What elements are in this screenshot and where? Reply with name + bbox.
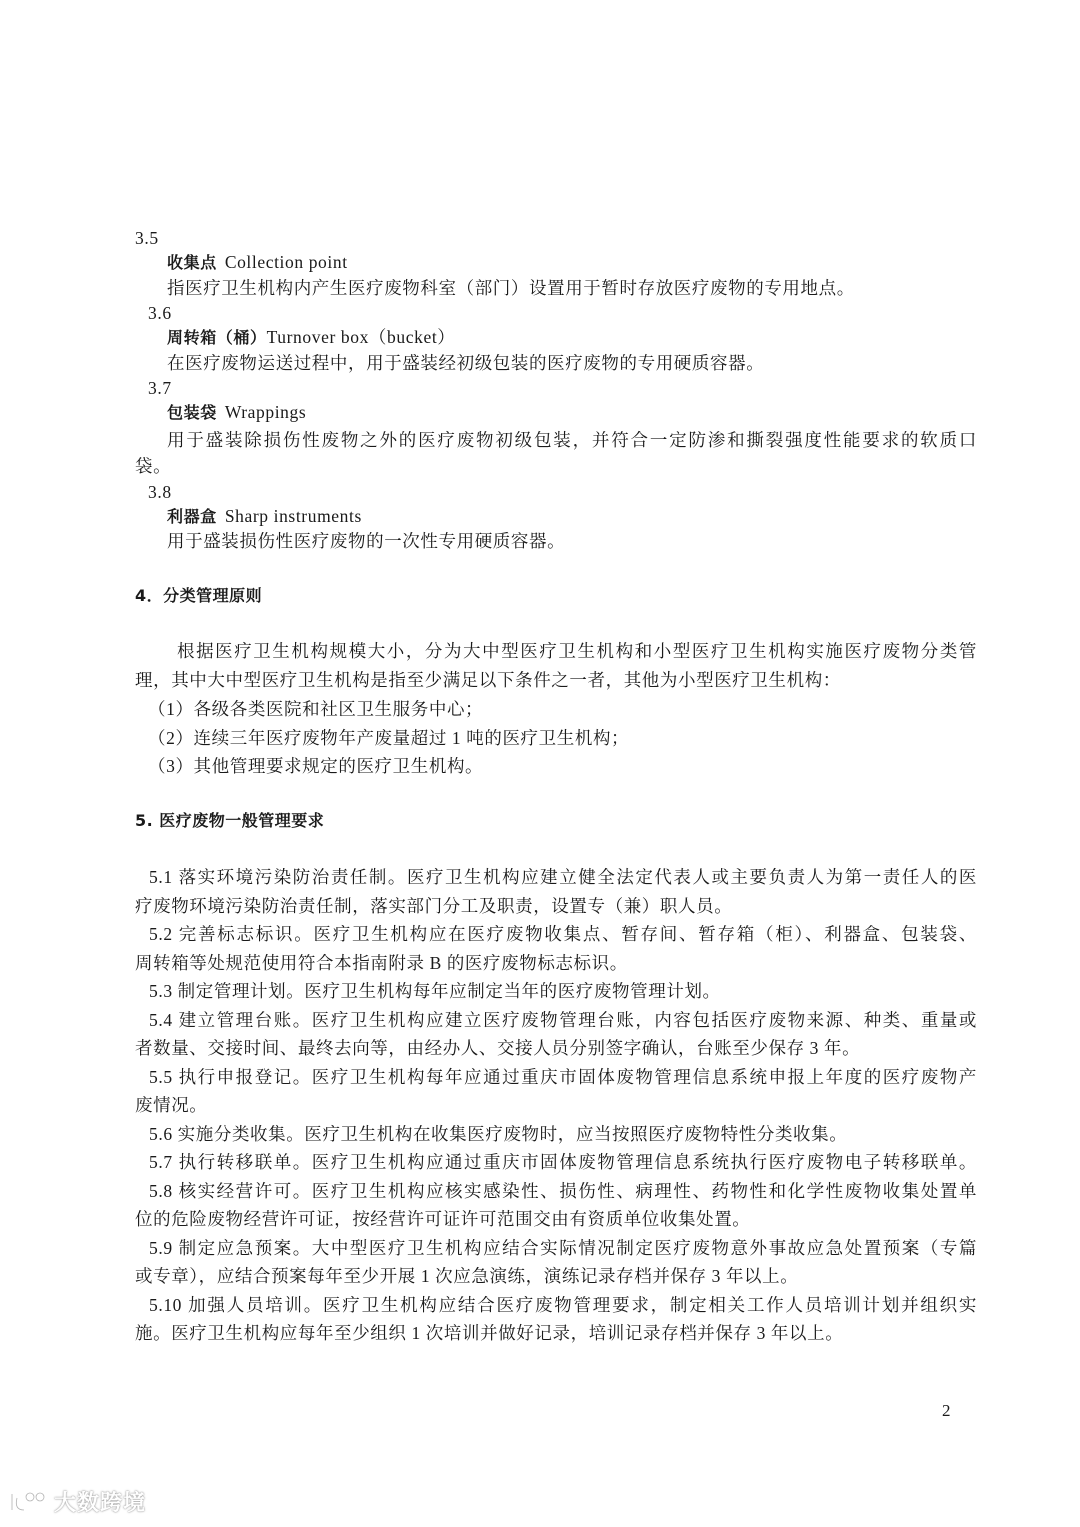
paragraph-line: 根据医疗卫生机构规模大小，分为大中型医疗卫生机构和小型医疗卫生机构实施医疗废物分… [177, 640, 977, 662]
paragraph-line: 5.4 建立管理台账。医疗卫生机构应建立医疗废物管理台账，内容包括医疗废物来源、… [149, 1009, 977, 1031]
watermark: 大数跨境 [8, 1486, 146, 1517]
paragraph-line: 5.5 执行申报登记。医疗卫生机构每年应通过重庆市固体废物管理信息系统申报上年度… [149, 1066, 977, 1088]
watermark-text: 大数跨境 [54, 1486, 146, 1517]
paragraph-line: 5.2 完善标志标识。医疗卫生机构应在医疗废物收集点、暂存间、暂存箱（柜）、利器… [149, 923, 977, 945]
definition-text: 袋。 [135, 455, 977, 477]
paragraph-line: 理，其中大中型医疗卫生机构是指至少满足以下条件之一者，其他为小型医疗卫生机构： [135, 669, 977, 691]
definition-text: 用于盛装损伤性医疗废物的一次性专用硬质容器。 [167, 530, 1009, 552]
watermark-logo-icon [8, 1490, 48, 1514]
list-item: （1）各级各类医院和社区卫生服务中心； [148, 698, 990, 720]
definition-text: 用于盛装除损伤性废物之外的医疗废物初级包装，并符合一定防渗和撕裂强度性能要求的软… [167, 429, 977, 451]
paragraph-line: 施。医疗卫生机构应每年至少组织 1 次培训并做好记录，培训记录存档并保存 3 年… [135, 1322, 977, 1344]
definition-term: 包装袋Wrappings [167, 401, 1009, 424]
section-heading: 5. 医疗废物一般管理要求 [135, 810, 977, 832]
term-en: Sharp instruments [225, 506, 362, 526]
paragraph-line: 疗废物环境污染防治责任制，落实部门分工及职责，设置专（兼）职人员。 [135, 895, 977, 917]
term-en: Wrappings [225, 402, 306, 422]
definition-text: 在医疗废物运送过程中，用于盛装经初级包装的医疗废物的专用硬质容器。 [167, 352, 1009, 374]
section-heading: 4．分类管理原则 [135, 585, 977, 607]
page-number: 2 [942, 1401, 951, 1421]
definition-term: 收集点Collection point [167, 251, 1009, 274]
term-en: Turnover box（bucket） [267, 327, 456, 347]
term-zh: 包装袋 [167, 403, 217, 422]
paragraph-line: 5.8 核实经营许可。医疗卫生机构应核实感染性、损伤性、病理性、药物性和化学性废… [149, 1180, 977, 1202]
paragraph-line: 5.1 落实环境污染防治责任制。医疗卫生机构应建立健全法定代表人或主要负责人为第… [149, 866, 977, 888]
definition-number: 3.7 [148, 377, 990, 399]
paragraph-line: 位的危险废物经营许可证，按经营许可证许可范围交由有资质单位收集处置。 [135, 1208, 977, 1230]
definition-text: 指医疗卫生机构内产生医疗废物科室（部门）设置用于暂时存放医疗废物的专用地点。 [167, 277, 1009, 299]
term-zh: 利器盒 [167, 507, 217, 526]
term-en: Collection point [225, 252, 348, 272]
paragraph-line: 5.9 制定应急预案。大中型医疗卫生机构应结合实际情况制定医疗废物意外事故应急处… [149, 1237, 977, 1259]
definition-number: 3.6 [148, 302, 990, 324]
paragraph-line: 或专章），应结合预案每年至少开展 1 次应急演练，演练记录存档并保存 3 年以上… [135, 1265, 977, 1287]
paragraph-line: 废情况。 [135, 1094, 977, 1116]
list-item: （2）连续三年医疗废物年产废量超过 1 吨的医疗卫生机构； [148, 727, 990, 749]
definition-term: 利器盒Sharp instruments [167, 505, 1009, 528]
term-zh: 收集点 [167, 253, 217, 272]
paragraph-line: 5.10 加强人员培训。医疗卫生机构应结合医疗废物管理要求，制定相关工作人员培训… [149, 1294, 977, 1316]
paragraph-line: 5.7 执行转移联单。医疗卫生机构应通过重庆市固体废物管理信息系统执行医疗废物电… [149, 1151, 977, 1173]
paragraph-line: 5.6 实施分类收集。医疗卫生机构在收集医疗废物时，应当按照医疗废物特性分类收集… [149, 1123, 991, 1145]
paragraph-line: 者数量、交接时间、最终去向等，由经办人、交接人员分别签字确认，台账至少保存 3 … [135, 1037, 977, 1059]
document-page: 3.5 收集点Collection point 指医疗卫生机构内产生医疗废物科室… [0, 0, 1080, 1527]
list-item: （3）其他管理要求规定的医疗卫生机构。 [148, 755, 990, 777]
paragraph-line: 周转箱等处规范使用符合本指南附录 B 的医疗废物标志标识。 [135, 952, 977, 974]
definition-number: 3.8 [148, 481, 990, 503]
term-zh: 周转箱（桶） [167, 328, 267, 347]
definition-term: 周转箱（桶）Turnover box（bucket） [167, 326, 1009, 349]
paragraph-line: 5.3 制定管理计划。医疗卫生机构每年应制定当年的医疗废物管理计划。 [149, 980, 991, 1002]
definition-number: 3.5 [135, 227, 977, 249]
